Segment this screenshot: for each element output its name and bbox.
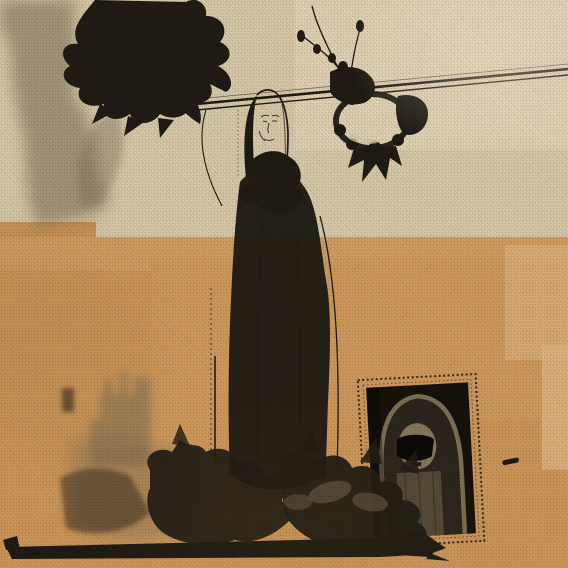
print-layers	[0, 0, 568, 568]
art-print	[0, 0, 568, 568]
paper-background	[0, 0, 568, 568]
